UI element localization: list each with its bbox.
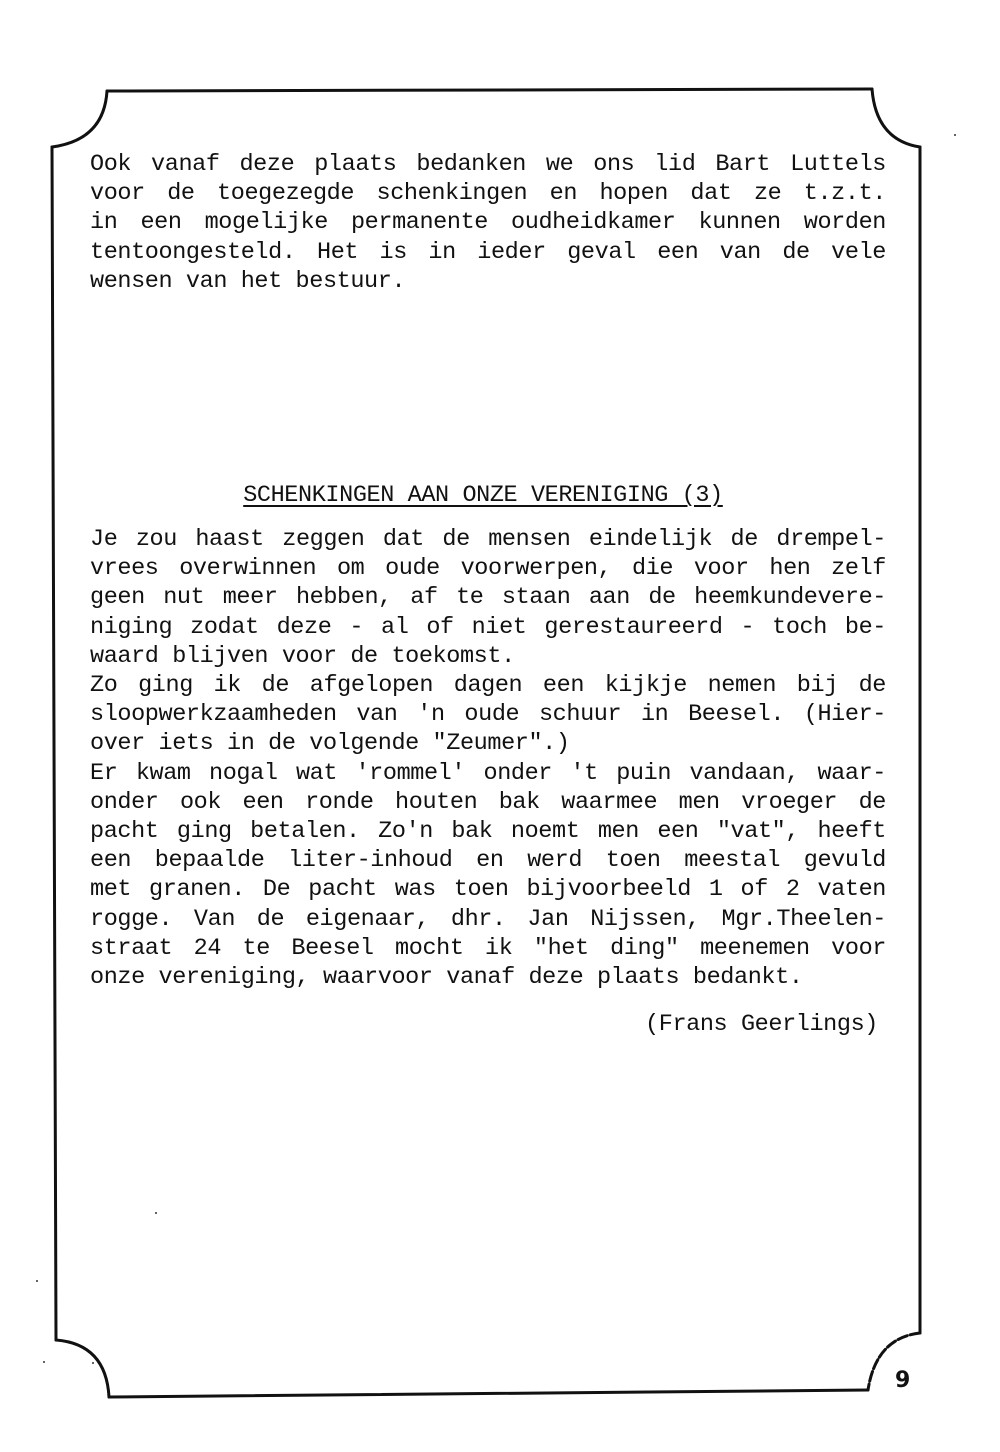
scan-speck bbox=[36, 1280, 38, 1282]
author-signature: (Frans Geerlings) bbox=[645, 1010, 878, 1039]
section-title-text: SCHENKINGEN AAN ONZE VERENIGING (3) bbox=[243, 482, 723, 509]
article-line: rogge. Van de eigenaar, dhr. Jan Nijssen… bbox=[90, 905, 886, 934]
frame-corner-bottom-left bbox=[56, 1340, 109, 1397]
scan-speck bbox=[92, 1362, 94, 1364]
section-title: SCHENKINGEN AAN ONZE VERENIGING (3) bbox=[0, 481, 966, 510]
scan-speck bbox=[43, 1361, 45, 1363]
article-line: straat 24 te Beesel mocht ik "het ding" … bbox=[90, 934, 886, 963]
scan-speck bbox=[954, 134, 956, 136]
article-line: geen nut meer hebben, af te staan aan de… bbox=[90, 583, 886, 612]
intro-paragraph: Ook vanaf deze plaats bedanken we ons li… bbox=[90, 150, 886, 296]
intro-line: Ook vanaf deze plaats bedanken we ons li… bbox=[90, 150, 886, 179]
article-line: Zo ging ik de afgelopen dagen een kijkje… bbox=[90, 671, 886, 700]
article-body: Je zou haast zeggen dat de mensen eindel… bbox=[90, 525, 886, 992]
intro-line: wensen van het bestuur. bbox=[90, 267, 886, 296]
page-number: 9 bbox=[895, 1368, 910, 1394]
article-line: onder ook een ronde houten bak waarmee m… bbox=[90, 788, 886, 817]
article-line: niging zodat deze - al of niet gerestaur… bbox=[90, 613, 886, 642]
article-line: een bepaalde liter-inhoud en werd toen m… bbox=[90, 846, 886, 875]
intro-line: in een mogelijke permanente oudheidkamer… bbox=[90, 208, 886, 237]
article-line: sloopwerkzaamheden van 'n oude schuur in… bbox=[90, 700, 886, 729]
intro-line: tentoongesteld. Het is in ieder geval ee… bbox=[90, 238, 886, 267]
frame-left-edge bbox=[52, 147, 56, 1340]
frame-bottom-edge bbox=[109, 1390, 868, 1397]
article-line: pacht ging betalen. Zo'n bak noemt men e… bbox=[90, 817, 886, 846]
article-line: vrees overwinnen om oude voorwerpen, die… bbox=[90, 554, 886, 583]
article-line: Je zou haast zeggen dat de mensen eindel… bbox=[90, 525, 886, 554]
article-line: Er kwam nogal wat 'rommel' onder 't puin… bbox=[90, 759, 886, 788]
article-line: met granen. De pacht was toen bijvoorbee… bbox=[90, 875, 886, 904]
frame-corner-top-right bbox=[872, 89, 920, 147]
frame-corner-bottom-right bbox=[868, 1333, 920, 1390]
article-line: over iets in de volgende "Zeumer".) bbox=[90, 729, 886, 758]
frame-top-edge bbox=[107, 89, 872, 91]
frame-corner-top-left bbox=[52, 91, 107, 147]
article-line: waard blijven voor de toekomst. bbox=[90, 642, 886, 671]
scan-speck bbox=[155, 1212, 157, 1214]
intro-line: voor de toegezegde schenkingen en hopen … bbox=[90, 179, 886, 208]
article-line: onze vereniging, waarvoor vanaf deze pla… bbox=[90, 963, 886, 992]
